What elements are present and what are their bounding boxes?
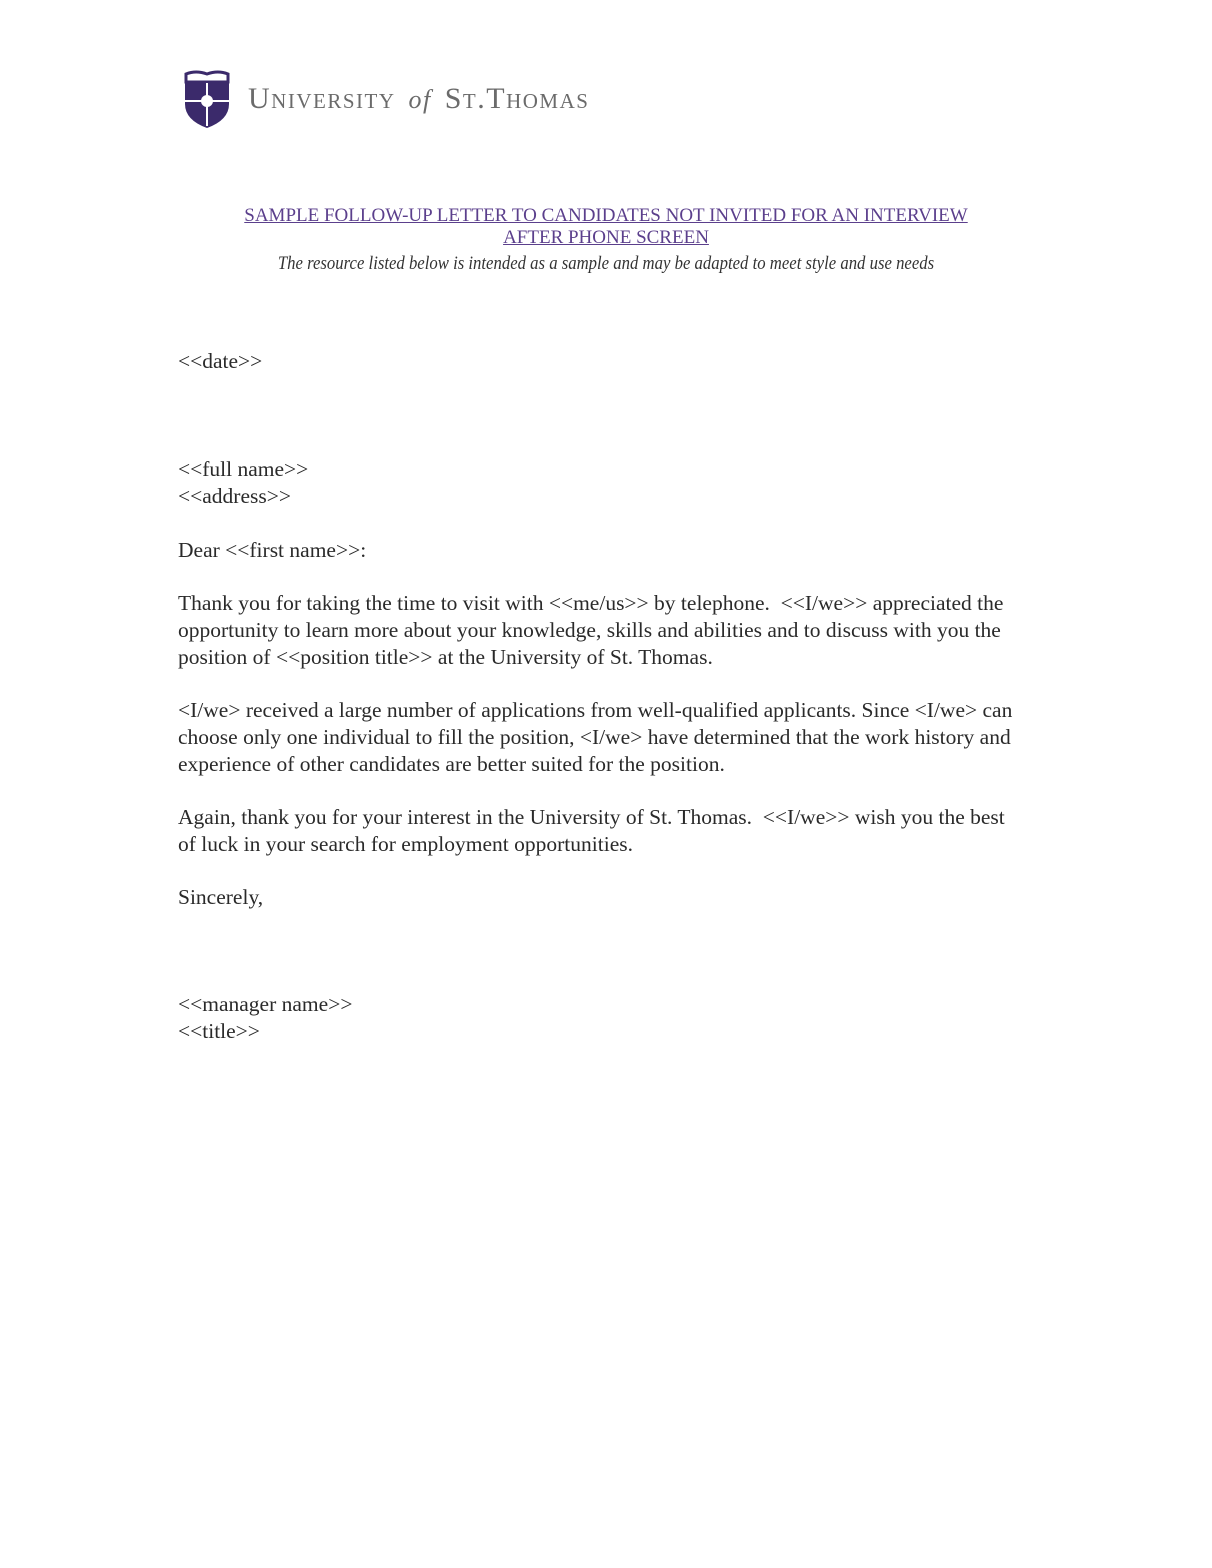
- manager-title: <<title>>: [178, 1018, 1028, 1045]
- letter-date: <<date>>: [178, 348, 1028, 375]
- title-line-1: SAMPLE FOLLOW-UP LETTER TO CANDIDATES NO…: [0, 205, 1212, 227]
- recipient-full-name: <<full name>>: [178, 456, 1028, 483]
- logo-name-of: of: [409, 85, 432, 114]
- recipient-address: <<address>>: [178, 483, 1028, 510]
- title-line-2: AFTER PHONE SCREEN: [0, 227, 1212, 249]
- salutation: Dear <<first name>>:: [178, 537, 1028, 564]
- university-logo: University of St.Thomas: [182, 68, 589, 130]
- closing: Sincerely,: [178, 884, 1028, 911]
- title-subtitle: The resource listed below is intended as…: [73, 253, 1140, 275]
- manager-name: <<manager name>>: [178, 991, 1028, 1018]
- paragraph-1: Thank you for taking the time to visit w…: [178, 590, 1028, 671]
- shield-crest-icon: [182, 68, 232, 130]
- logo-name-end: St.Thomas: [445, 82, 590, 115]
- university-name: University of St.Thomas: [248, 84, 589, 114]
- paragraph-2: <I/we> received a large number of applic…: [178, 697, 1028, 778]
- logo-name-main: University: [248, 82, 396, 115]
- document-title: SAMPLE FOLLOW-UP LETTER TO CANDIDATES NO…: [0, 205, 1212, 275]
- paragraph-3: Again, thank you for your interest in th…: [178, 804, 1028, 858]
